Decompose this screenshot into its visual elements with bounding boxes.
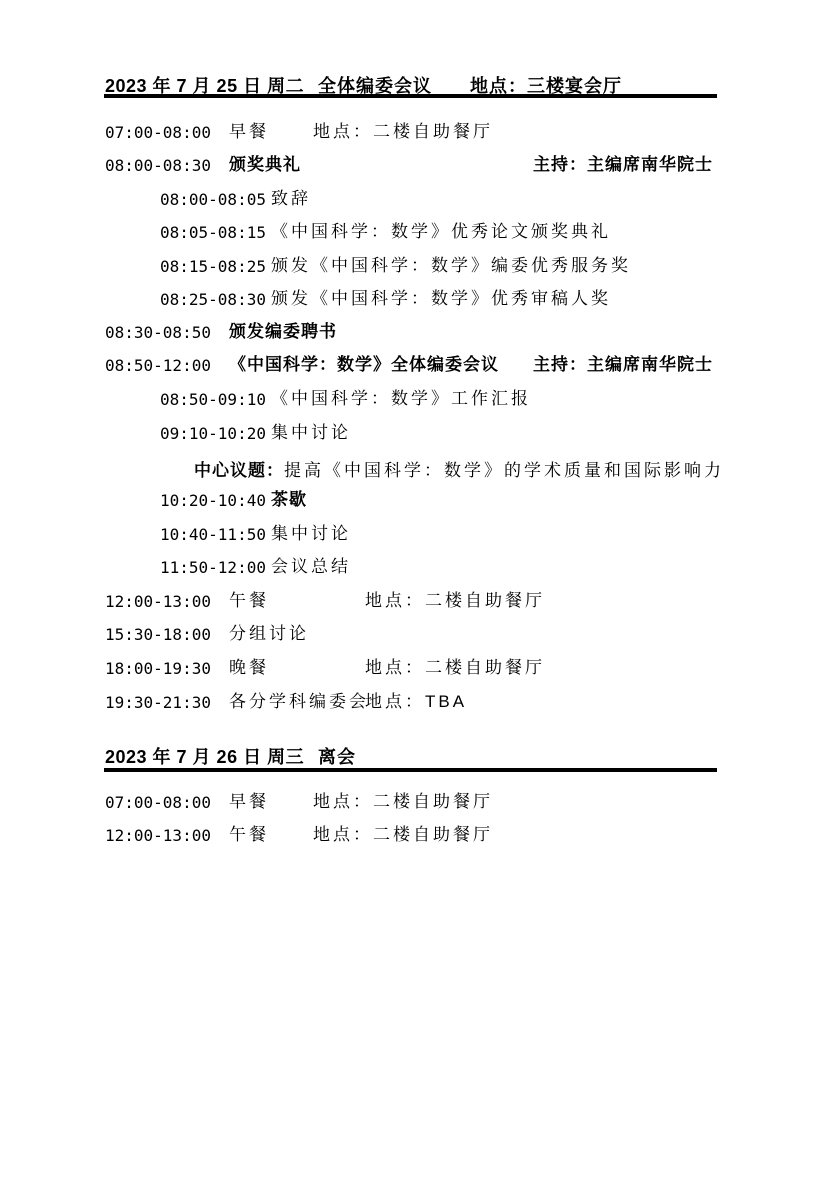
event-host: 主持：主编席南华院士 xyxy=(533,355,713,375)
schedule-row: 08:15-08:25 颁发《中国科学：数学》编委优秀服务奖 xyxy=(0,256,818,280)
schedule-row: 08:05-08:15 《中国科学：数学》优秀论文颁奖典礼 xyxy=(0,222,818,246)
time-range: 18:00-19:30 xyxy=(105,659,211,678)
event-location: 地点：二楼自助餐厅 xyxy=(365,591,545,611)
central-topic-text: 提高《中国科学：数学》的学术质量和国际影响力 xyxy=(284,461,724,480)
time-range: 08:30-08:50 xyxy=(105,323,211,342)
schedule-row: 19:30-21:30 各分学科编委会 地点：TBA xyxy=(0,692,818,716)
time-range: 07:00-08:00 xyxy=(105,123,211,142)
event-title: 《中国科学：数学》优秀论文颁奖典礼 xyxy=(271,222,611,242)
schedule-row: 12:00-13:00 午餐 地点：二楼自助餐厅 xyxy=(0,825,818,849)
time-range: 19:30-21:30 xyxy=(105,693,211,712)
schedule-row: 09:10-10:20 集中讨论 xyxy=(0,423,818,447)
day2-title: 离会 xyxy=(318,743,356,769)
schedule-row: 08:50-09:10 《中国科学：数学》工作汇报 xyxy=(0,389,818,413)
schedule-row: 08:50-12:00 《中国科学：数学》全体编委会议 主持：主编席南华院士 xyxy=(0,355,818,379)
schedule-row: 10:40-11:50 集中讨论 xyxy=(0,524,818,548)
time-range: 07:00-08:00 xyxy=(105,793,211,812)
schedule-row: 08:00-08:30 颁奖典礼 主持：主编席南华院士 xyxy=(0,155,818,179)
event-location: 地点：TBA xyxy=(365,692,467,712)
day2-date: 2023 年 7 月 26 日 周三 xyxy=(105,743,304,769)
event-title: 会议总结 xyxy=(271,557,351,577)
event-title: 早餐 xyxy=(229,122,269,142)
time-range: 08:25-08:30 xyxy=(160,290,266,309)
document-page: 2023 年 7 月 25 日 周二 全体编委会议 地点：三楼宴会厅 07:00… xyxy=(0,0,818,1196)
event-title: 茶歇 xyxy=(271,490,307,510)
schedule-row: 08:30-08:50 颁发编委聘书 xyxy=(0,322,818,346)
central-topic-label: 中心议题： xyxy=(194,461,284,480)
time-range: 08:50-12:00 xyxy=(105,356,211,375)
event-location: 地点：二楼自助餐厅 xyxy=(313,792,493,812)
time-range: 08:05-08:15 xyxy=(160,223,266,242)
event-title: 集中讨论 xyxy=(271,524,351,544)
schedule-row: 07:00-08:00 早餐 地点：二楼自助餐厅 xyxy=(0,122,818,146)
time-range: 10:40-11:50 xyxy=(160,525,266,544)
event-title: 《中国科学：数学》工作汇报 xyxy=(271,389,531,409)
event-title: 分组讨论 xyxy=(229,624,309,644)
time-range: 08:15-08:25 xyxy=(160,257,266,276)
schedule-row: 11:50-12:00 会议总结 xyxy=(0,557,818,581)
time-range: 10:20-10:40 xyxy=(160,491,266,510)
event-title: 各分学科编委会 xyxy=(229,692,369,712)
time-range: 11:50-12:00 xyxy=(160,558,266,577)
event-title: 颁发《中国科学：数学》优秀审稿人奖 xyxy=(271,289,611,309)
time-range: 12:00-13:00 xyxy=(105,592,211,611)
event-location: 地点：二楼自助餐厅 xyxy=(365,658,545,678)
schedule-row: 10:20-10:40 茶歇 xyxy=(0,490,818,514)
event-title: 集中讨论 xyxy=(271,423,351,443)
event-title: 午餐 xyxy=(229,591,269,611)
time-range: 08:00-08:05 xyxy=(160,190,266,209)
day2-header-rule xyxy=(104,768,717,772)
event-title: 午餐 xyxy=(229,825,269,845)
event-title: 颁奖典礼 xyxy=(229,155,301,175)
schedule-row: 12:00-13:00 午餐 地点：二楼自助餐厅 xyxy=(0,591,818,615)
schedule-row: 15:30-18:00 分组讨论 xyxy=(0,624,818,648)
time-range: 08:50-09:10 xyxy=(160,390,266,409)
time-range: 12:00-13:00 xyxy=(105,826,211,845)
day2-header: 2023 年 7 月 26 日 周三 离会 xyxy=(0,743,818,769)
event-title: 早餐 xyxy=(229,792,269,812)
event-title: 颁发编委聘书 xyxy=(229,322,337,342)
schedule-row: 08:25-08:30 颁发《中国科学：数学》优秀审稿人奖 xyxy=(0,289,818,313)
time-range: 09:10-10:20 xyxy=(160,424,266,443)
event-title: 《中国科学：数学》全体编委会议 xyxy=(229,355,499,375)
schedule-row: 08:00-08:05 致辞 xyxy=(0,189,818,213)
day1-header-rule xyxy=(104,94,717,98)
schedule-row: 07:00-08:00 早餐 地点：二楼自助餐厅 xyxy=(0,792,818,816)
event-location: 地点：二楼自助餐厅 xyxy=(313,122,493,142)
schedule-row: 18:00-19:30 晚餐 地点：二楼自助餐厅 xyxy=(0,658,818,682)
event-location: 地点：二楼自助餐厅 xyxy=(313,825,493,845)
event-host: 主持：主编席南华院士 xyxy=(533,155,713,175)
event-title: 致辞 xyxy=(271,189,311,209)
central-topic: 中心议题：提高《中国科学：数学》的学术质量和国际影响力 xyxy=(194,456,724,481)
event-title: 颁发《中国科学：数学》编委优秀服务奖 xyxy=(271,256,631,276)
event-title: 晚餐 xyxy=(229,658,269,678)
time-range: 08:00-08:30 xyxy=(105,156,211,175)
time-range: 15:30-18:00 xyxy=(105,625,211,644)
